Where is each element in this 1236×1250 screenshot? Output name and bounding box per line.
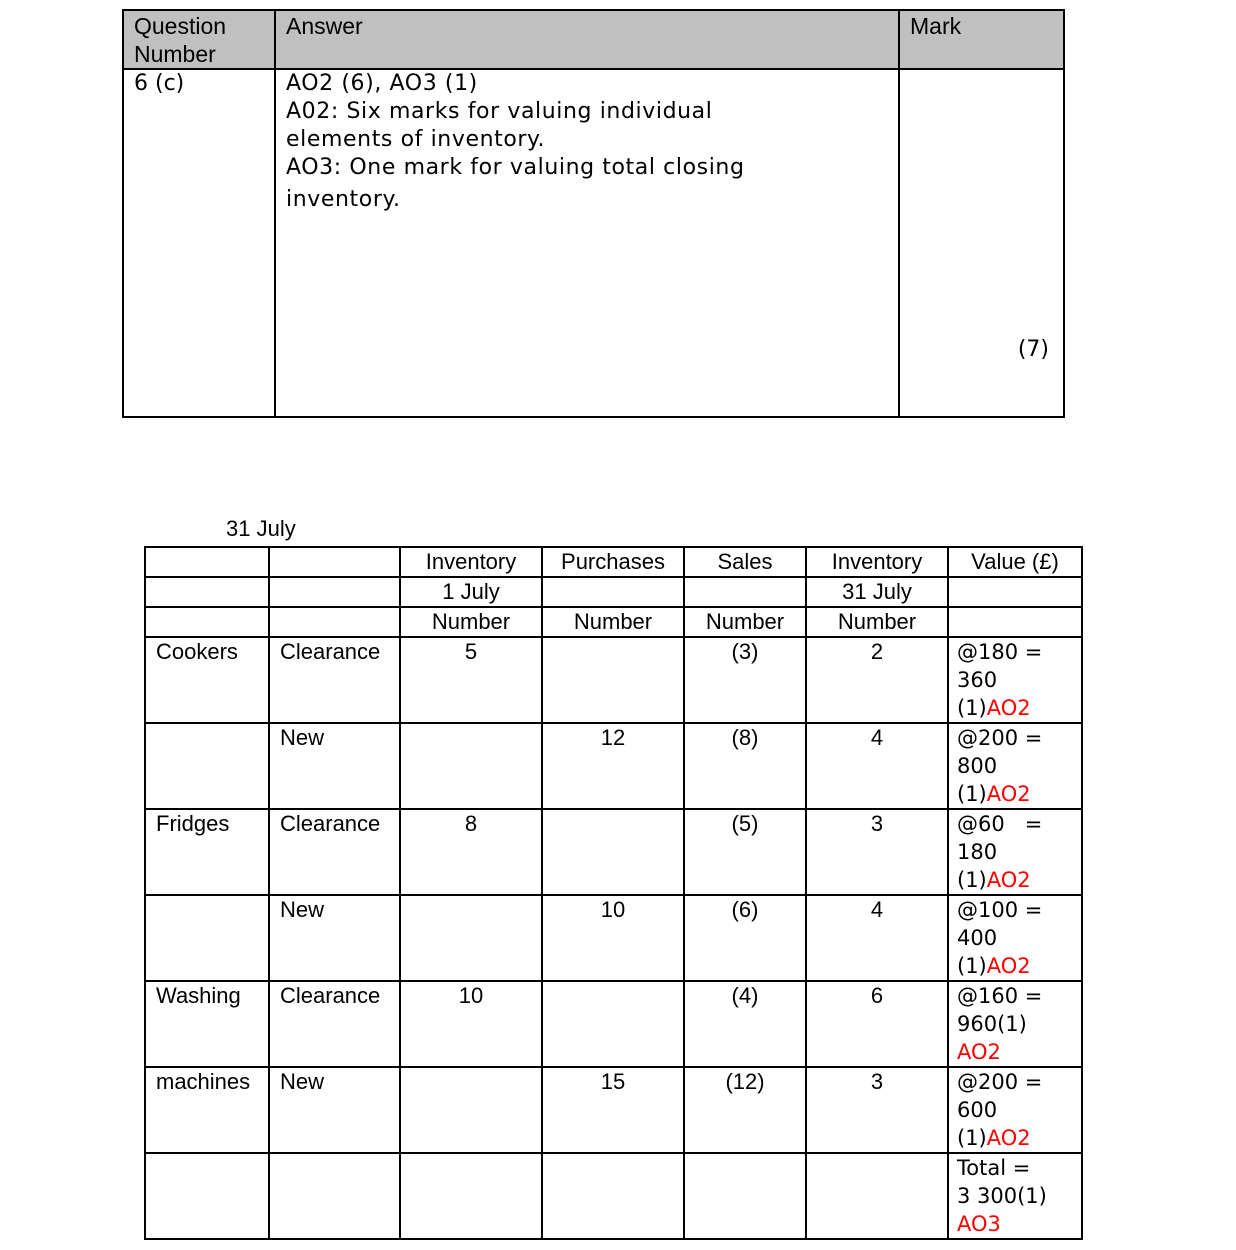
mark-award: (1)AO2 — [957, 866, 1081, 894]
opening-inventory-cell: 8 — [400, 809, 542, 895]
mark-award: AO2 — [957, 1038, 1081, 1066]
type-cell: New — [269, 895, 400, 981]
assessment-objective-label: AO2 — [987, 1126, 1031, 1150]
value-line: @200 = — [957, 1068, 1081, 1096]
value-line: Total = — [957, 1154, 1081, 1182]
column-header — [542, 577, 684, 607]
column-header — [145, 547, 269, 577]
mark-award: (1)AO2 — [957, 952, 1081, 980]
product-cell — [145, 723, 269, 809]
mark-scheme-table: Question Number Answer Mark 6 (c) AO2 (6… — [122, 9, 1065, 418]
value-cell: @60 =180(1)AO2 — [948, 809, 1082, 895]
column-header: 31 July — [806, 577, 948, 607]
mark-award: (1)AO2 — [957, 694, 1081, 722]
value-line: 600 — [957, 1096, 1081, 1124]
column-header: Number — [400, 607, 542, 637]
column-header — [269, 607, 400, 637]
type-cell: Clearance — [269, 981, 400, 1067]
answer-line: AO3: One mark for valuing total closing — [286, 154, 888, 182]
header-row: InventoryPurchasesSalesInventoryValue (£… — [145, 547, 1082, 577]
mark-count: (1) — [957, 696, 987, 720]
sales-cell: (4) — [684, 981, 806, 1067]
mark-count: (1) — [957, 954, 987, 978]
table-row: FridgesClearance8(5)3@60 =180(1)AO2 — [145, 809, 1082, 895]
sales-cell: (5) — [684, 809, 806, 895]
column-header: 1 July — [400, 577, 542, 607]
table-row: Total =3 300(1)AO3 — [145, 1153, 1082, 1239]
opening-inventory-cell — [400, 895, 542, 981]
closing-inventory-cell: 4 — [806, 723, 948, 809]
column-header: Purchases — [542, 547, 684, 577]
value-line: 180 — [957, 838, 1081, 866]
value-line: @200 = — [957, 724, 1081, 752]
assessment-objective-label: AO2 — [987, 696, 1031, 720]
table-row: WashingClearance10(4)6@160 =960(1)AO2 — [145, 981, 1082, 1067]
answer-line: A02: Six marks for valuing individual — [286, 98, 888, 126]
purchases-cell: 12 — [542, 723, 684, 809]
mark-award: AO3 — [957, 1210, 1081, 1238]
mark-award: (1)AO2 — [957, 780, 1081, 808]
column-header: Inventory — [806, 547, 948, 577]
purchases-cell — [542, 809, 684, 895]
mark-award: (1)AO2 — [957, 1124, 1081, 1152]
answer-line: inventory. — [286, 186, 888, 214]
opening-inventory-cell — [400, 723, 542, 809]
product-cell: Washing — [145, 981, 269, 1067]
question-number: 6 (c) — [123, 69, 275, 417]
mark-scheme-header-row: Question Number Answer Mark — [123, 10, 1064, 69]
sales-cell: (8) — [684, 723, 806, 809]
sales-cell — [684, 1153, 806, 1239]
value-line: @60 = — [957, 810, 1081, 838]
value-cell: Total =3 300(1)AO3 — [948, 1153, 1082, 1239]
closing-inventory-cell — [806, 1153, 948, 1239]
column-header — [145, 607, 269, 637]
answer-header: Answer — [275, 10, 899, 69]
purchases-cell — [542, 981, 684, 1067]
value-line: 400 — [957, 924, 1081, 952]
value-line: 3 300(1) — [957, 1182, 1081, 1210]
opening-inventory-cell: 10 — [400, 981, 542, 1067]
value-line: @180 = — [957, 638, 1081, 666]
header-row: 1 July31 July — [145, 577, 1082, 607]
closing-inventory-cell: 6 — [806, 981, 948, 1067]
answer-line: elements of inventory. — [286, 126, 888, 154]
opening-inventory-cell: 5 — [400, 637, 542, 723]
column-header: Value (£) — [948, 547, 1082, 577]
product-cell: Fridges — [145, 809, 269, 895]
column-header — [269, 547, 400, 577]
type-cell: Clearance — [269, 809, 400, 895]
column-header — [684, 577, 806, 607]
type-cell: New — [269, 723, 400, 809]
column-header: Number — [684, 607, 806, 637]
column-header — [269, 577, 400, 607]
product-cell: machines — [145, 1067, 269, 1153]
closing-inventory-cell: 3 — [806, 1067, 948, 1153]
opening-inventory-cell — [400, 1153, 542, 1239]
table-row: New10(6)4@100 =400(1)AO2 — [145, 895, 1082, 981]
assessment-objective-label: AO2 — [987, 868, 1031, 892]
column-header — [145, 577, 269, 607]
value-line: 960(1) — [957, 1010, 1081, 1038]
value-line: 360 — [957, 666, 1081, 694]
purchases-cell: 10 — [542, 895, 684, 981]
assessment-objective-label: AO3 — [957, 1212, 1001, 1236]
total-mark: (7) — [1018, 336, 1049, 364]
mark-count: (1) — [957, 782, 987, 806]
column-header: Number — [806, 607, 948, 637]
column-header — [948, 607, 1082, 637]
type-cell — [269, 1153, 400, 1239]
table-row: New12(8)4@200 =800(1)AO2 — [145, 723, 1082, 809]
mark-scheme-body-row: 6 (c) AO2 (6), AO3 (1) A02: Six marks fo… — [123, 69, 1064, 417]
answer-line: AO2 (6), AO3 (1) — [286, 70, 888, 98]
column-header: Inventory — [400, 547, 542, 577]
value-line: @160 = — [957, 982, 1081, 1010]
column-header: Number — [542, 607, 684, 637]
column-header — [948, 577, 1082, 607]
sales-cell: (6) — [684, 895, 806, 981]
value-cell: @160 =960(1)AO2 — [948, 981, 1082, 1067]
value-cell: @200 =600(1)AO2 — [948, 1067, 1082, 1153]
product-cell — [145, 895, 269, 981]
product-cell — [145, 1153, 269, 1239]
mark-header: Mark — [899, 10, 1064, 69]
value-line: @100 = — [957, 896, 1081, 924]
type-cell: New — [269, 1067, 400, 1153]
type-cell: Clearance — [269, 637, 400, 723]
answer-text: AO2 (6), AO3 (1) A02: Six marks for valu… — [275, 69, 899, 417]
sales-cell: (12) — [684, 1067, 806, 1153]
value-cell: @100 =400(1)AO2 — [948, 895, 1082, 981]
mark-cell: (7) — [899, 69, 1064, 417]
value-cell: @180 =360(1)AO2 — [948, 637, 1082, 723]
purchases-cell — [542, 1153, 684, 1239]
date-label: 31 July — [226, 516, 296, 542]
inventory-table: InventoryPurchasesSalesInventoryValue (£… — [144, 546, 1083, 1240]
purchases-cell — [542, 637, 684, 723]
assessment-objective-label: AO2 — [987, 782, 1031, 806]
header-row: NumberNumberNumberNumber — [145, 607, 1082, 637]
assessment-objective-label: AO2 — [957, 1040, 1001, 1064]
value-cell: @200 =800(1)AO2 — [948, 723, 1082, 809]
column-header: Sales — [684, 547, 806, 577]
closing-inventory-cell: 3 — [806, 809, 948, 895]
value-line: 800 — [957, 752, 1081, 780]
closing-inventory-cell: 2 — [806, 637, 948, 723]
assessment-objective-label: AO2 — [987, 954, 1031, 978]
mark-count: (1) — [957, 868, 987, 892]
table-row: machinesNew15(12)3@200 =600(1)AO2 — [145, 1067, 1082, 1153]
closing-inventory-cell: 4 — [806, 895, 948, 981]
sales-cell: (3) — [684, 637, 806, 723]
question-number-header: Question Number — [123, 10, 275, 69]
table-row: CookersClearance5(3)2@180 =360(1)AO2 — [145, 637, 1082, 723]
opening-inventory-cell — [400, 1067, 542, 1153]
mark-count: (1) — [957, 1126, 987, 1150]
purchases-cell: 15 — [542, 1067, 684, 1153]
product-cell: Cookers — [145, 637, 269, 723]
